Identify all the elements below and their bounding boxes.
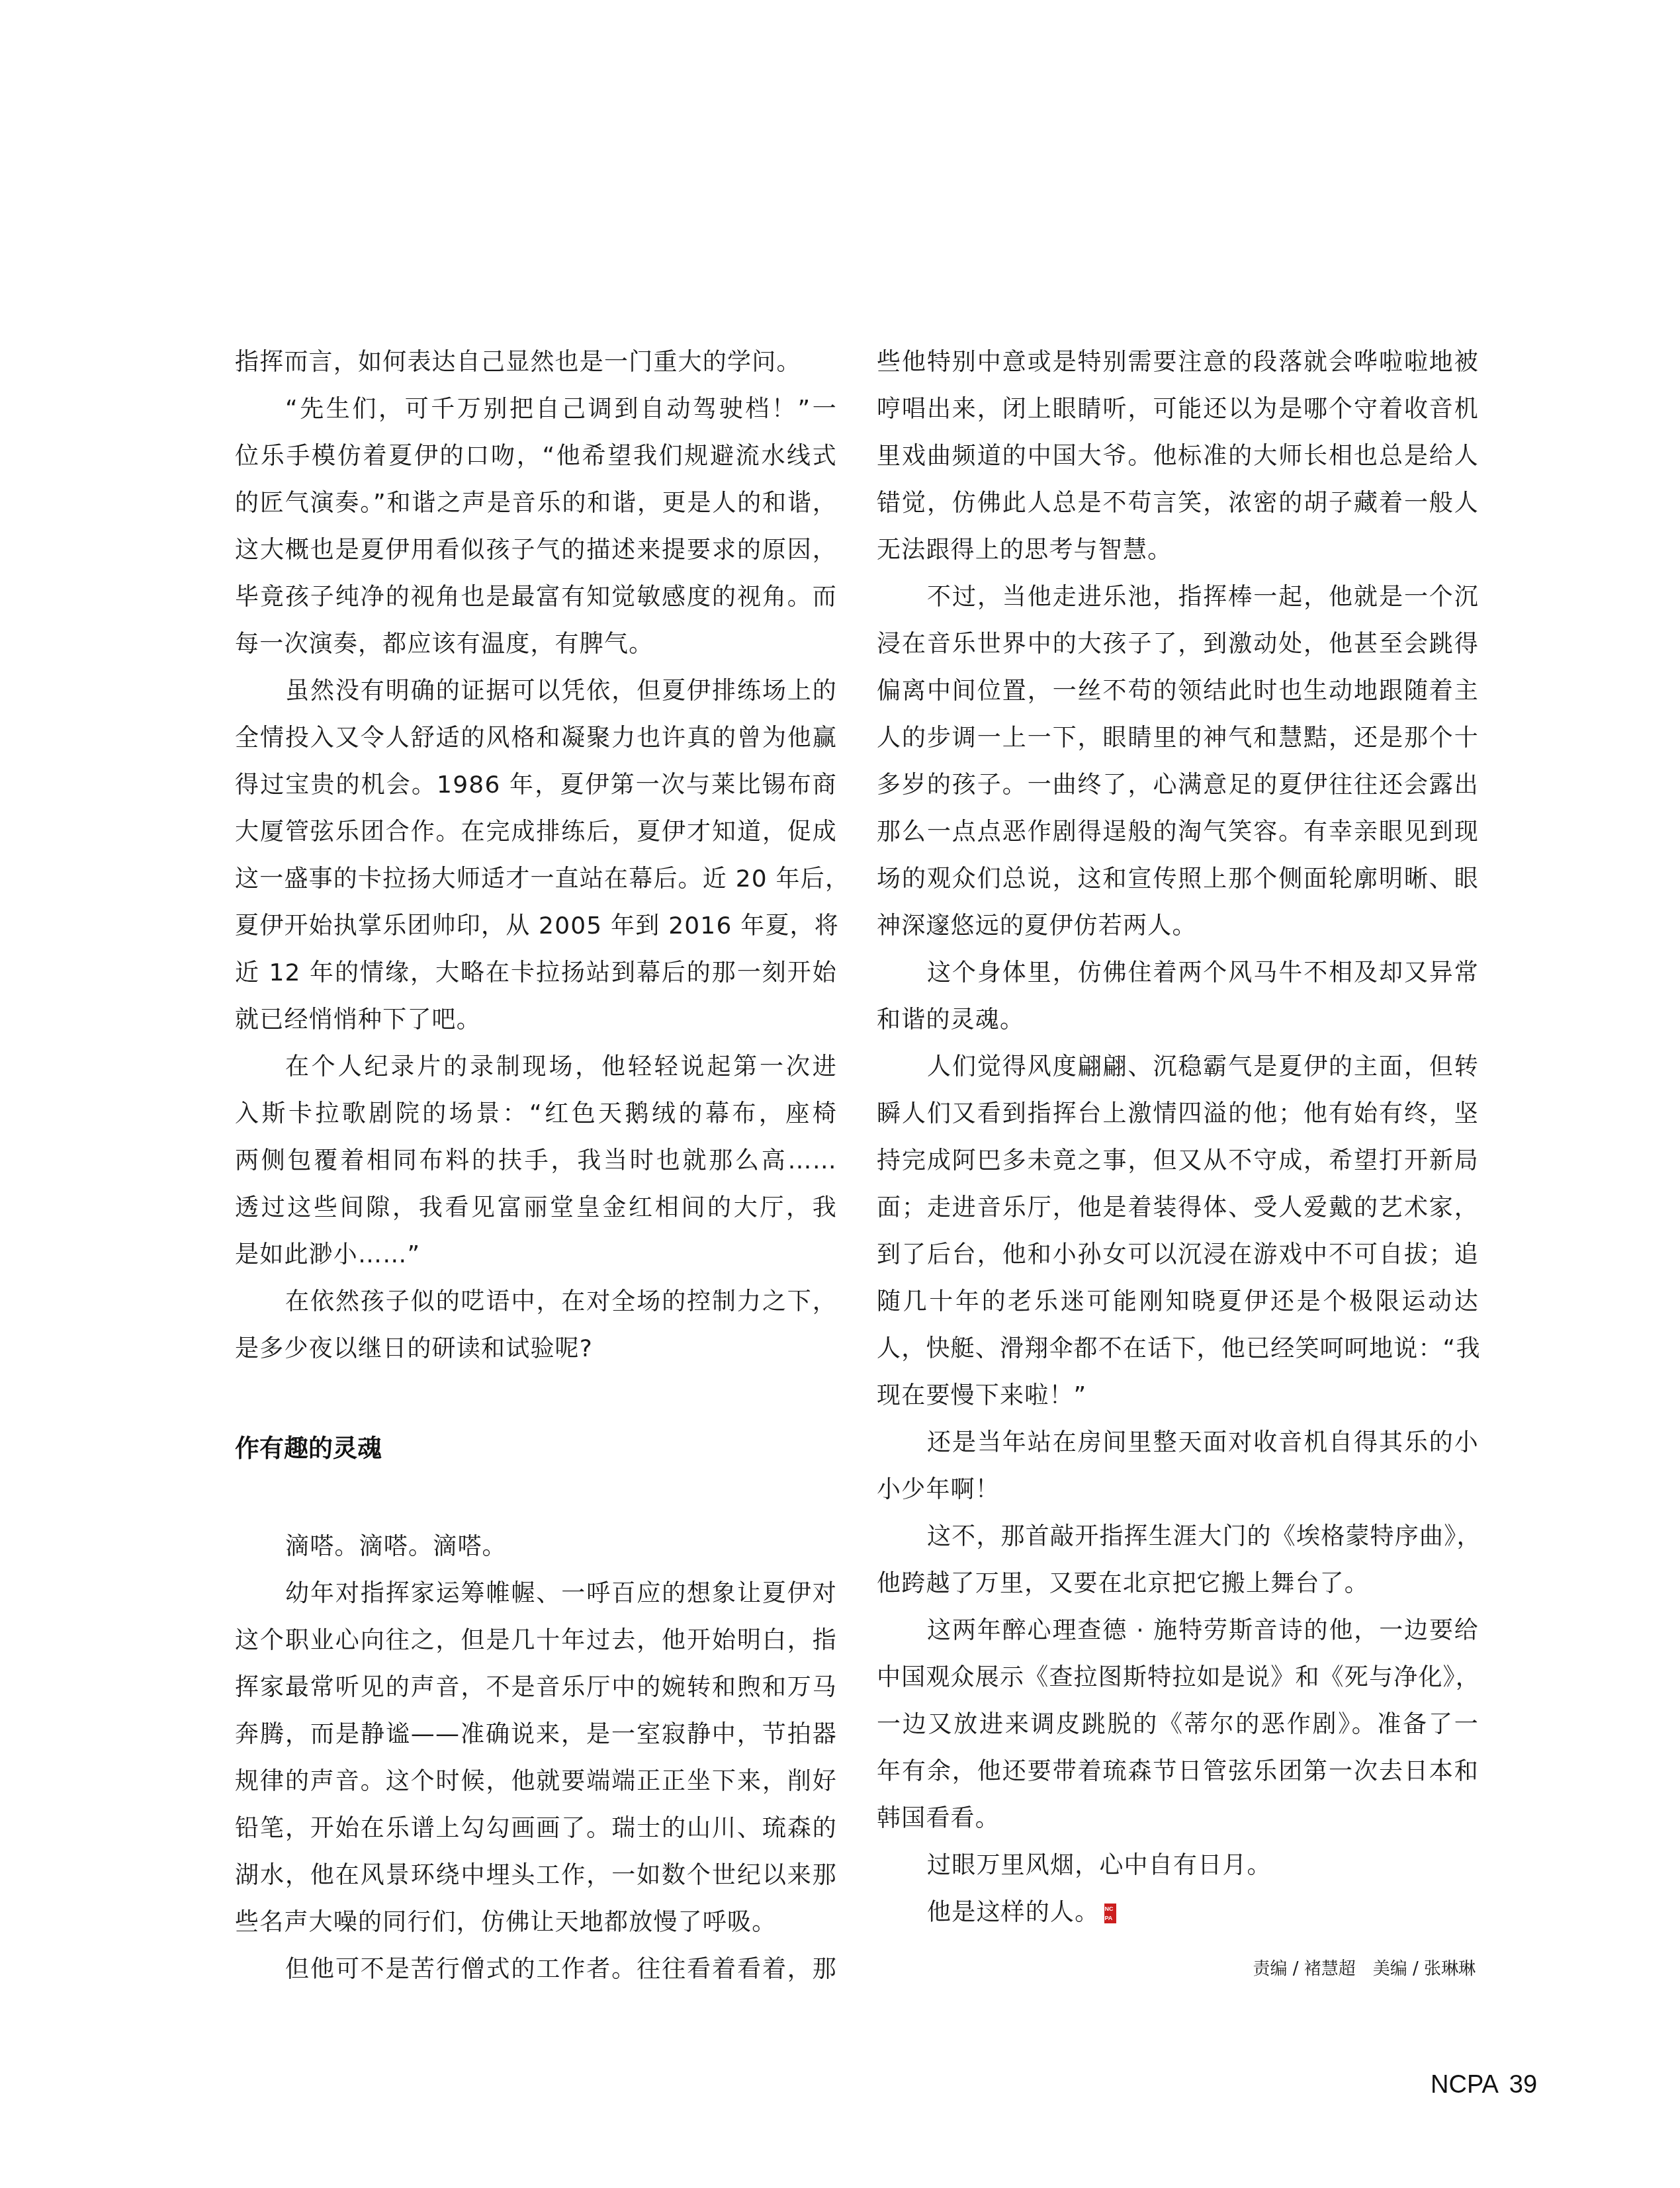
text-line: 现在要慢下来啦！” — [877, 1378, 1479, 1424]
text-line: 铅笔，开始在乐谱上勾勾画画了。瑞士的山川、琉森的 — [235, 1810, 837, 1857]
text-line: 人，快艇、滑翔伞都不在话下，他已经笑呵呵地说：“我 — [877, 1331, 1479, 1378]
text-line: 规律的声音。这个时候，他就要端端正正坐下来，削好 — [235, 1763, 837, 1810]
text-line: 这大概也是夏伊用看似孩子气的描述来提要求的原因， — [235, 532, 837, 579]
end-mark-line1: NC — [1104, 1905, 1113, 1912]
text-line: 中国观众展示《查拉图斯特拉如是说》和《死与净化》， — [877, 1659, 1479, 1706]
text-line: 得过宝贵的机会。1986 年，夏伊第一次与莱比锡布商 — [235, 767, 837, 814]
text-line: 的匠气演奏。”和谐之声是音乐的和谐，更是人的和谐， — [235, 485, 837, 532]
text-line: 还是当年站在房间里整天面对收音机自得其乐的小 — [877, 1424, 1479, 1471]
left-column: 指挥而言，如何表达自己显然也是一门重大的学问。“先生们，可千万别把自己调到自动驾… — [235, 344, 837, 1998]
text-line: 偏离中间位置，一丝不苟的领结此时也生动地跟随着主 — [877, 673, 1479, 720]
magazine-name: NCPA — [1431, 2071, 1499, 2099]
editor-credits: 责编 / 褚慧超 美编 / 张琳琳 — [1224, 1955, 1476, 1980]
text-line: 人们觉得风度翩翩、沉稳霸气是夏伊的主面，但转 — [877, 1049, 1479, 1096]
text-line: 大厦管弦乐团合作。在完成排练后，夏伊才知道，促成 — [235, 814, 837, 861]
text-line: 他跨越了万里，又要在北京把它搬上舞台了。 — [877, 1565, 1479, 1612]
text-line: 这一盛事的卡拉扬大师适才一直站在幕后。近 20 年后， — [235, 861, 837, 908]
text-line: 那么一点点恶作剧得逞般的淘气笑容。有幸亲眼见到现 — [877, 814, 1479, 861]
text-line: 全情投入又令人舒适的风格和凝聚力也许真的曾为他赢 — [235, 720, 837, 767]
text-line: 和谐的灵魂。 — [877, 1002, 1479, 1049]
text-line: 挥家最常听见的声音，不是音乐厅中的婉转和煦和万马 — [235, 1669, 837, 1716]
text-line: 到了后台，他和小孙女可以沉浸在游戏中不可自拔；追 — [877, 1237, 1479, 1284]
text-line: 些名声大噪的同行们，仿佛让天地都放慢了呼吸。 — [235, 1904, 837, 1951]
text-line: 入斯卡拉歌剧院的场景：“红色天鹅绒的幕布，座椅 — [235, 1096, 837, 1143]
text-line: 位乐手模仿着夏伊的口吻，“他希望我们规避流水线式 — [235, 438, 837, 485]
text-line: 多岁的孩子。一曲终了，心满意足的夏伊往往还会露出 — [877, 767, 1479, 814]
text-line: 年有余，他还要带着琉森节日管弦乐团第一次去日本和 — [877, 1753, 1479, 1800]
text-line: 幼年对指挥家运筹帷幄、一呼百应的想象让夏伊对 — [235, 1575, 837, 1622]
text-line: 是如此渺小……” — [235, 1237, 837, 1284]
text-line: 浸在音乐世界中的大孩子了，到激动处，他甚至会跳得 — [877, 626, 1479, 673]
closing-text: 他是这样的人。 — [927, 1899, 1099, 1926]
text-line: 错觉，仿佛此人总是不苟言笑，浓密的胡子藏着一般人 — [877, 485, 1479, 532]
text-line: 毕竟孩子纯净的视角也是最富有知觉敏感度的视角。而 — [235, 579, 837, 626]
text-line: 随几十年的老乐迷可能刚知晓夏伊还是个极限运动达 — [877, 1284, 1479, 1331]
page-number: 39 — [1509, 2071, 1537, 2099]
text-line: 就已经悄悄种下了吧。 — [235, 1002, 837, 1049]
ncpa-end-mark-icon: NCPA — [1104, 1904, 1116, 1923]
text-line: 这个职业心向往之，但是几十年过去，他开始明白，指 — [235, 1622, 837, 1669]
text-line: 些他特别中意或是特别需要注意的段落就会哗啦啦地被 — [877, 344, 1479, 391]
text-line: 哼唱出来，闭上眼睛听，可能还以为是哪个守着收音机 — [877, 391, 1479, 438]
text-line: 场的观众们总说，这和宣传照上那个侧面轮廓明晰、眼 — [877, 861, 1479, 908]
text-line: 持完成阿巴多未竟之事，但又从不守成，希望打开新局 — [877, 1143, 1479, 1190]
text-line: 在个人纪录片的录制现场，他轻轻说起第一次进 — [235, 1049, 837, 1096]
end-mark-line2: PA — [1104, 1915, 1112, 1921]
closing-line: 他是这样的人。NCPA — [877, 1894, 1479, 1941]
text-line: 神深邃悠远的夏伊仿若两人。 — [877, 908, 1479, 955]
text-line: 虽然没有明确的证据可以凭依，但夏伊排练场上的 — [235, 673, 837, 720]
text-line: 湖水，他在风景环绕中埋头工作，一如数个世纪以来那 — [235, 1857, 837, 1904]
text-line: 人的步调一上一下，眼睛里的神气和慧黠，还是那个十 — [877, 720, 1479, 767]
text-line: 这两年醉心理查德 · 施特劳斯音诗的他，一边要给 — [877, 1612, 1479, 1659]
text-line: 是多少夜以继日的研读和试验呢? — [235, 1331, 837, 1378]
text-line: 过眼万里风烟，心中自有日月。 — [877, 1847, 1479, 1894]
page-folio: NCPA39 — [1431, 2071, 1537, 2099]
text-line: 这不，那首敲开指挥生涯大门的《埃格蒙特序曲》， — [877, 1518, 1479, 1565]
text-line: 无法跟得上的思考与智慧。 — [877, 532, 1479, 579]
right-lines: 些他特别中意或是特别需要注意的段落就会哗啦啦地被哼唱出来，闭上眼睛听，可能还以为… — [877, 344, 1479, 1894]
text-line: 韩国看看。 — [877, 1800, 1479, 1847]
text-line: 夏伊开始执掌乐团帅印，从 2005 年到 2016 年夏，将 — [235, 908, 837, 955]
text-line: 近 12 年的情缘，大略在卡拉扬站到幕后的那一刻开始 — [235, 955, 837, 1002]
text-line: 两侧包覆着相同布料的扶手，我当时也就那么高…… — [235, 1143, 837, 1190]
text-line: 面；走进音乐厅，他是着装得体、受人爱戴的艺术家， — [877, 1190, 1479, 1237]
text-line: 但他可不是苦行僧式的工作者。往往看着看着，那 — [235, 1951, 837, 1998]
text-line: 不过，当他走进乐池，指挥棒一起，他就是一个沉 — [877, 579, 1479, 626]
section-heading: 作有趣的灵魂 — [235, 1430, 837, 1467]
text-line: 在依然孩子似的呓语中，在对全场的控制力之下， — [235, 1284, 837, 1331]
text-line: 透过这些间隙，我看见富丽堂皇金红相间的大厅，我 — [235, 1190, 837, 1237]
text-line: 奔腾，而是静谧——准确说来，是一室寂静中，节拍器 — [235, 1716, 837, 1763]
right-column: 些他特别中意或是特别需要注意的段落就会哗啦啦地被哼唱出来，闭上眼睛听，可能还以为… — [877, 344, 1479, 1941]
text-line: 指挥而言，如何表达自己显然也是一门重大的学问。 — [235, 344, 837, 391]
text-line: 这个身体里，仿佛住着两个风马牛不相及却又异常 — [877, 955, 1479, 1002]
text-line: 小少年啊！ — [877, 1471, 1479, 1518]
left-lines-top: 指挥而言，如何表达自己显然也是一门重大的学问。“先生们，可千万别把自己调到自动驾… — [235, 344, 837, 1378]
text-line: 滴嗒。滴嗒。滴嗒。 — [235, 1528, 837, 1575]
text-line: “先生们，可千万别把自己调到自动驾驶档！”一 — [235, 391, 837, 438]
left-lines-bottom: 滴嗒。滴嗒。滴嗒。幼年对指挥家运筹帷幄、一呼百应的想象让夏伊对这个职业心向往之，… — [235, 1528, 837, 1998]
text-line: 每一次演奏，都应该有温度，有脾气。 — [235, 626, 837, 673]
text-line: 瞬人们又看到指挥台上激情四溢的他；他有始有终，坚 — [877, 1096, 1479, 1143]
text-line: 里戏曲频道的中国大爷。他标准的大师长相也总是给人 — [877, 438, 1479, 485]
text-line: 一边又放进来调皮跳脱的《蒂尔的恶作剧》。准备了一 — [877, 1706, 1479, 1753]
